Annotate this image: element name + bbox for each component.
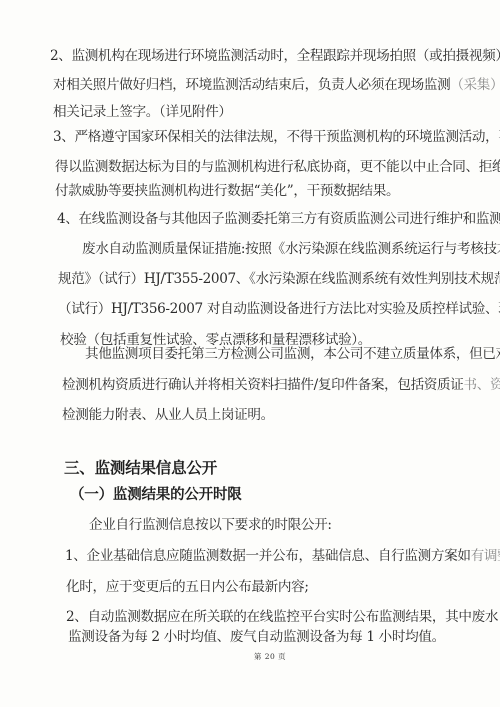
paragraph-5-line-3: （试行）HJ/T356-2007 对自动监测设备进行方法比对实验及质控样试验、现… [58, 300, 500, 318]
faded-text: 有调整变 [471, 548, 500, 564]
document-page: 2、监测机构在现场进行环境监测活动时，全程跟踪并现场拍照（或拍摄视频）， 对相关… [0, 0, 500, 707]
paragraph-6-line-3: 检测能力附表、从业人员上岗证明。 [62, 406, 274, 424]
paragraph-9-line-2: 监测设备为每 2 小时均值、废气自动监测设备为每 1 小时均值。 [68, 628, 445, 646]
paragraph-2-line-2: 对相关照片做好归档，环境监测活动结束后，负责人必须在现场监测（采集） [53, 76, 500, 94]
text: 对相关照片做好归档，环境监测活动结束后，负责人必须在现场监测 [53, 77, 450, 93]
paragraph-3-line-1: 3、严格遵守国家环保相关的法律法规，不得干预监测机构的环境监测活动，不 [53, 128, 500, 146]
paragraph-3-line-2: 得以监测数据达标为目的与监测机构进行私底协商，更不能以中止合同、拒绝 [55, 158, 500, 176]
paragraph-4-line-1: 4、在线监测设备与其他因子监测委托第三方有资质监测公司进行维护和监测。 [57, 210, 500, 228]
paragraph-6-line-1: 其他监测项目委托第三方检测公司监测，本公司不建立质量体系，但已对 [85, 345, 500, 363]
paragraph-2-line-3: 相关记录上签字。（详见附件） [53, 103, 232, 121]
text: 1、企业基础信息应随监测数据一并公布，基础信息、自行监测方案如 [65, 548, 471, 564]
paragraph-7-line-1: 企业自行监测信息按以下要求的时限公开: [89, 516, 332, 534]
paragraph-8-line-2: 化时，应于变更后的五日内公布最新内容; [66, 578, 309, 596]
paragraph-9-line-1: 2、自动监测数据应在所关联的在线监控平台实时公布监测结果，其中废水自动 [66, 608, 500, 626]
paragraph-3-line-3: 付款威胁等要挟监测机构进行数据“美化”，干预数据结果。 [55, 182, 399, 200]
paragraph-2-line-1: 2、监测机构在现场进行环境监测活动时，全程跟踪并现场拍照（或拍摄视频）， [50, 47, 500, 65]
paragraph-5-line-2: 规范》（试行）HJ/T355-2007、《水污染源在线监测系统有效性判别技术规范… [58, 270, 500, 288]
subsection-heading: （一）监测结果的公开时限 [70, 485, 242, 505]
paragraph-8-line-1: 1、企业基础信息应随监测数据一并公布，基础信息、自行监测方案如有调整变 [65, 547, 500, 565]
page-number: 第 20 页 [0, 651, 500, 662]
paragraph-6-line-2: 检测机构资质进行确认并将相关资料扫描件/复印件备案，包括资质证书、资质 [62, 376, 500, 394]
faded-text: 书、资质 [464, 377, 500, 393]
faded-text: （采集） [450, 77, 500, 93]
paragraph-5-line-1: 废水自动监测质量保证措施:按照《水污染源在线监测系统运行与考核技术 [82, 240, 500, 258]
text: 检测机构资质进行确认并将相关资料扫描件/复印件备案，包括资质证 [62, 377, 464, 393]
section-heading: 三、监测结果信息公开 [64, 458, 217, 478]
